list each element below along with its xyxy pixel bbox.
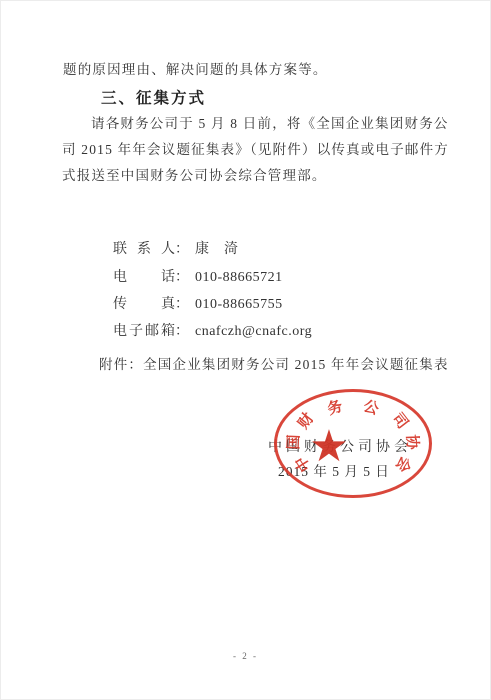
contact-label: 电子邮箱 xyxy=(113,320,175,340)
paragraph-line: 式报送至中国财务公司协会综合管理部。 xyxy=(62,164,327,184)
seal-character: 务 xyxy=(326,398,345,417)
contact-separator: ： xyxy=(175,320,189,340)
contact-row-email: 电子邮箱：cnafczh@cnafc.org xyxy=(99,304,312,356)
contact-value: cnafczh@cnafc.org xyxy=(195,324,312,339)
seal-character: 会 xyxy=(392,454,413,475)
seal-character: 财 xyxy=(296,410,317,431)
page-number: - 2 - xyxy=(1,651,490,661)
attachment-line: 附件：全国企业集团财务公司 2015 年年会议题征集表 xyxy=(99,353,449,373)
seal-character: 公 xyxy=(361,398,380,417)
intro-line: 题的原因理由、解决问题的具体方案等。 xyxy=(63,58,328,78)
paragraph-line: 司 2015 年年会议题征集表》（见附件）以传真或电子邮件方 xyxy=(62,138,449,158)
paragraph-line: 请各财务公司于 5 月 8 日前，将《全国企业集团财务公 xyxy=(91,112,449,132)
document-page: 题的原因理由、解决问题的具体方案等。 三、征集方式 请各财务公司于 5 月 8 … xyxy=(0,0,491,700)
signature-organization: 中国财务公司协会 xyxy=(268,436,412,456)
section-heading: 三、征集方式 xyxy=(101,86,206,108)
signature-date: 2015 年 5 月 5 日 xyxy=(278,460,390,480)
seal-character: 司 xyxy=(389,410,410,431)
